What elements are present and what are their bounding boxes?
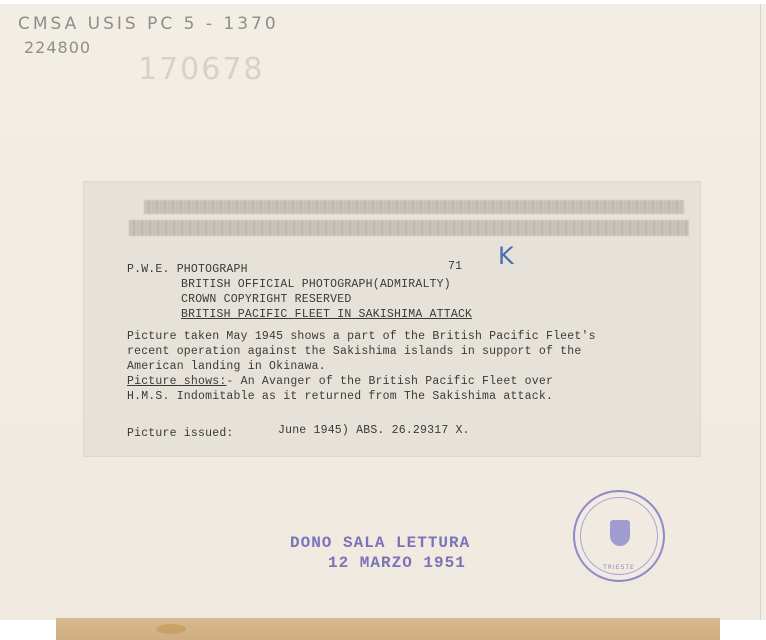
official-photo-line: BRITISH OFFICIAL PHOTOGRAPH(ADMIRALTY) [181, 278, 451, 291]
smudged-text-line [129, 220, 689, 236]
picture-shows-text: - An Avanger of the British Pacific Flee… [226, 375, 553, 388]
body-line-3: American landing in Okinawa. [127, 360, 326, 373]
bottom-margin [720, 620, 766, 640]
handwritten-k-mark: K [498, 242, 514, 270]
agency-line: P.W.E. PHOTOGRAPH [127, 263, 248, 276]
body-line-2: recent operation against the Sakishima i… [127, 345, 581, 358]
body-line-1: Picture taken May 1945 shows a part of t… [127, 330, 596, 343]
issued-value: June 1945) ABS. 26.29317 X. [278, 424, 470, 437]
faint-pencil-number: 170678 [138, 52, 265, 87]
picture-shows-line-2: H.M.S. Indomitable as it returned from T… [127, 390, 553, 403]
bottom-margin [0, 620, 56, 640]
smudged-text-line [144, 200, 684, 214]
circular-seal-stamp: TRIESTE [573, 490, 665, 582]
issued-label: Picture issued: [127, 427, 234, 440]
shield-emblem-icon [610, 520, 630, 546]
paper-tape-strip [56, 618, 720, 640]
dono-stamp-line-1: DONO SALA LETTURA [290, 534, 470, 552]
seal-city-text: TRIESTE [575, 564, 663, 571]
caption-number: 71 [448, 260, 462, 273]
tape-stain [156, 624, 186, 634]
caption-title: BRITISH PACIFIC FLEET IN SAKISHIMA ATTAC… [181, 308, 472, 321]
picture-shows-label: Picture shows: [127, 375, 226, 388]
copyright-line: CROWN COPYRIGHT RESERVED [181, 293, 351, 306]
pencil-archive-number: 224800 [24, 38, 91, 57]
dono-stamp-line-2: 12 MARZO 1951 [328, 554, 466, 572]
picture-shows-line: Picture shows:- An Avanger of the Britis… [127, 375, 553, 388]
pencil-archive-note: CMSA USIS PC 5 - 1370 [18, 14, 279, 34]
